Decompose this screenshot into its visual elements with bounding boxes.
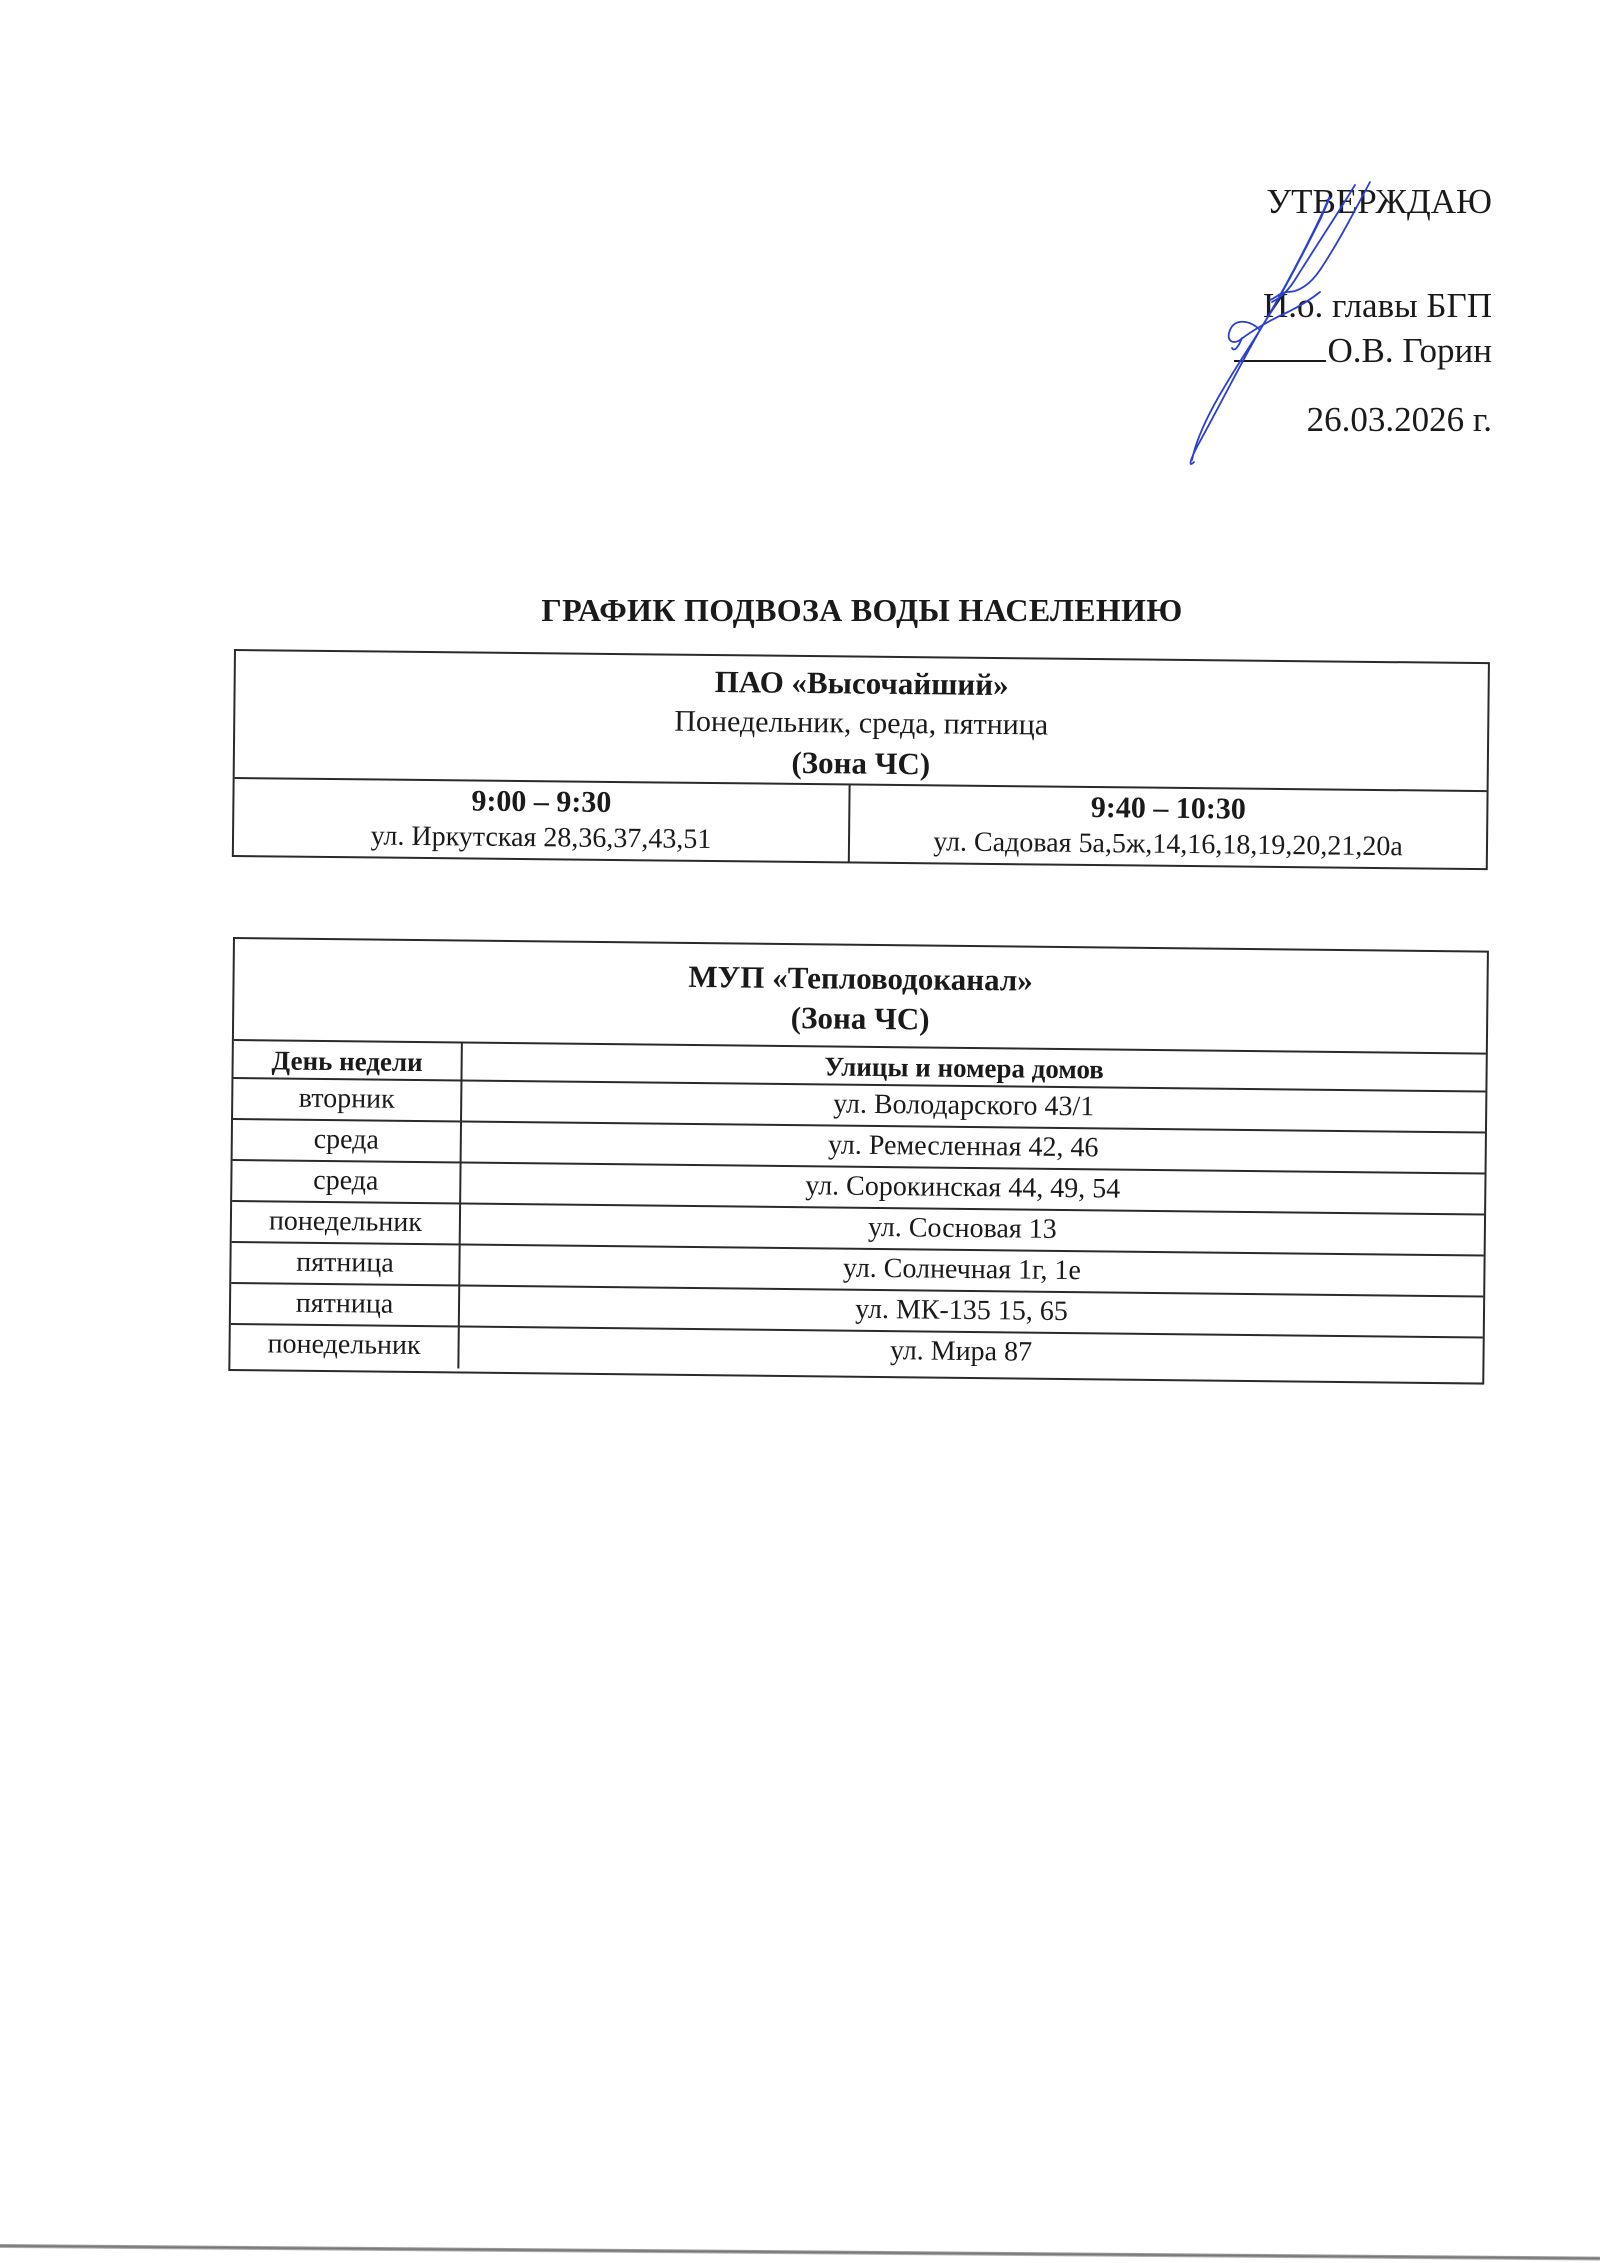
row-day: понедельник xyxy=(230,1325,459,1368)
approval-heading: УТВЕРЖДАЮ xyxy=(1266,184,1492,219)
table2-header: МУП «Тепловодоканал» (Зона ЧС) xyxy=(234,939,1487,1055)
approval-signatory-line: О.В. Горин xyxy=(1234,333,1493,368)
signature-line xyxy=(1234,360,1326,362)
schedule-table-vysochaishiy: ПАО «Высочайший» Понедельник, среда, пят… xyxy=(232,649,1490,870)
schedule-table-teplovodokanal: МУП «Тепловодоканал» (Зона ЧС) День неде… xyxy=(228,937,1489,1385)
slot-address: ул. Иркутская 28,36,37,43,51 xyxy=(234,817,848,859)
document-title: ГРАФИК ПОДВОЗА ВОДЫ НАСЕЛЕНИЮ xyxy=(0,592,1600,629)
slot-address: ул. Садовая 5а,5ж,14,16,18,19,20,21,20а xyxy=(850,823,1486,866)
table1-header: ПАО «Высочайший» Понедельник, среда, пят… xyxy=(235,651,1488,792)
table1-slot: 9:00 – 9:30 ул. Иркутская 28,36,37,43,51 xyxy=(234,779,851,861)
approval-signatory: О.В. Горин xyxy=(1328,331,1493,370)
row-day: понедельник xyxy=(232,1202,461,1243)
column-header-day: День недели xyxy=(233,1041,462,1079)
table1-slots: 9:00 – 9:30 ул. Иркутская 28,36,37,43,51… xyxy=(234,779,1487,868)
row-day: среда xyxy=(233,1120,462,1161)
table1-slot: 9:40 – 10:30 ул. Садовая 5а,5ж,14,16,18,… xyxy=(850,785,1487,868)
row-day: пятница xyxy=(231,1284,460,1325)
row-day: пятница xyxy=(231,1243,460,1284)
row-day: вторник xyxy=(233,1079,462,1120)
row-day: среда xyxy=(232,1161,461,1202)
approval-role: И.о. главы БГП xyxy=(1263,288,1492,323)
approval-date: 26.03.2026 г. xyxy=(1307,402,1492,437)
scan-page-edge xyxy=(0,2244,1600,2261)
